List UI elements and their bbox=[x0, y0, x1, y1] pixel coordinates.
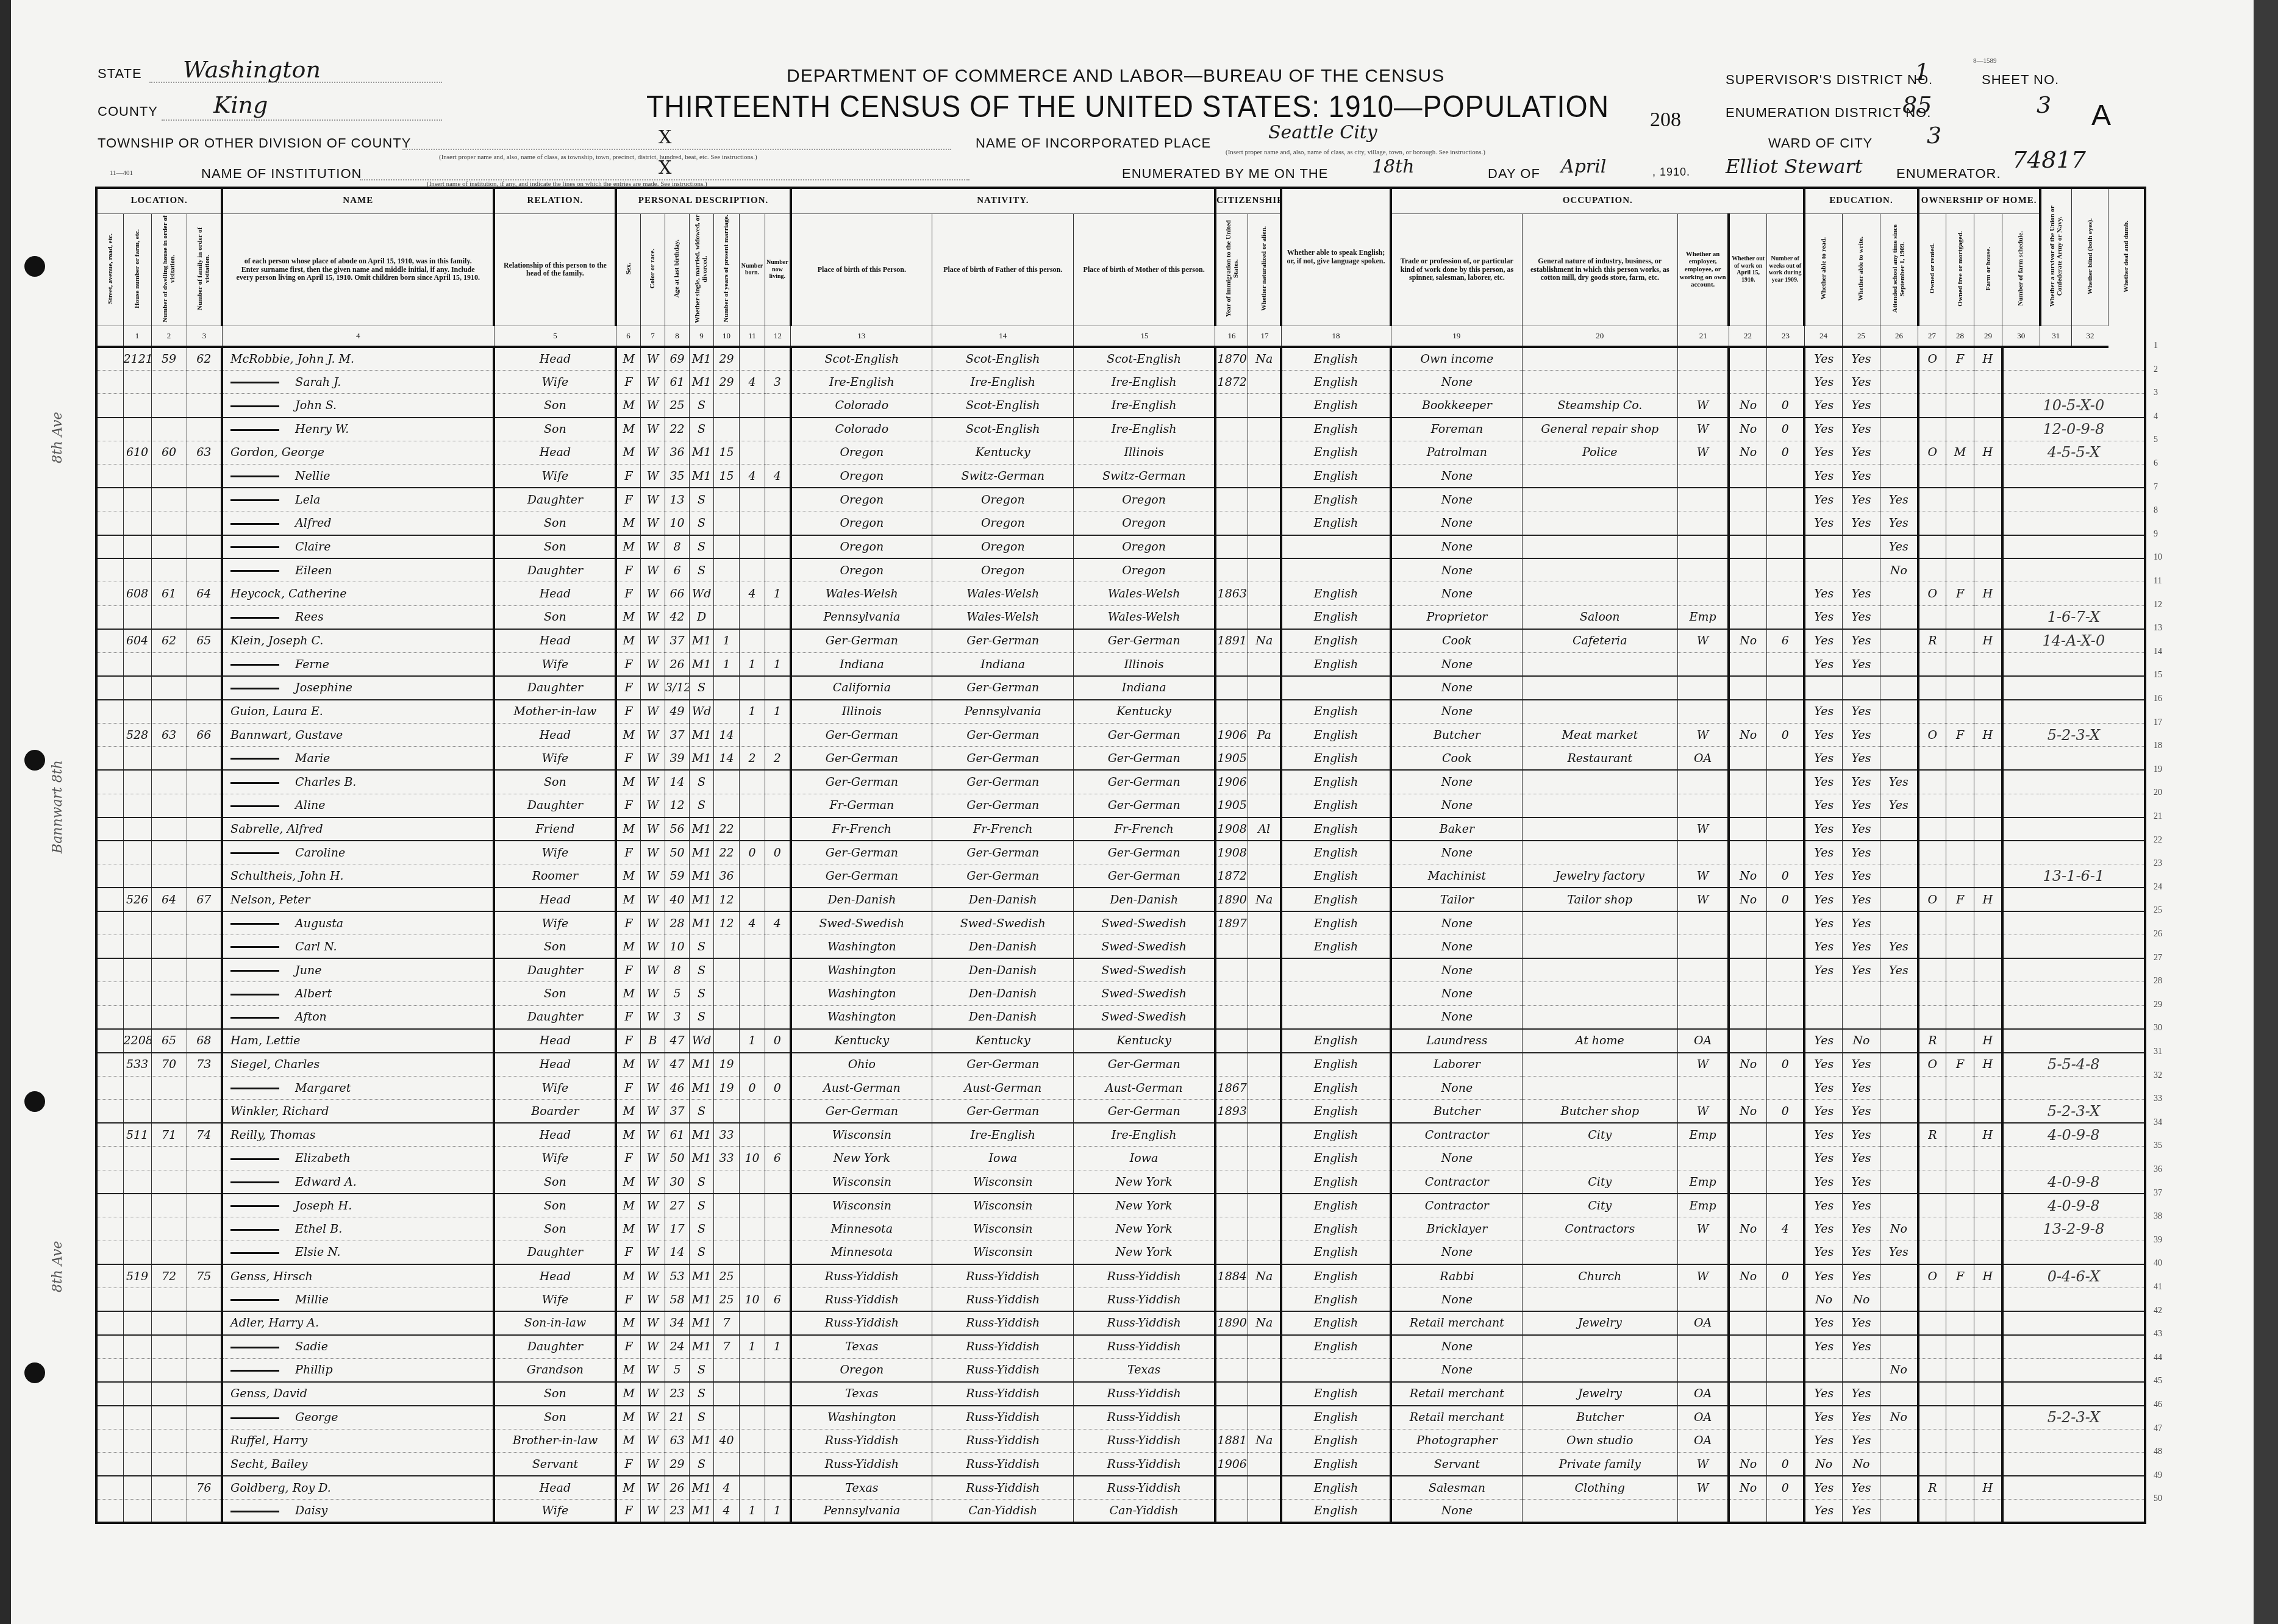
cell-house bbox=[123, 700, 151, 724]
table-row: ReesSonMW42DPennsylvaniaWales-WelshWales… bbox=[96, 605, 2145, 629]
cell-name: Bannwart, Gustave bbox=[222, 723, 494, 747]
cell-living bbox=[765, 723, 791, 747]
cell-immigration bbox=[1215, 1053, 1248, 1077]
cell-years-married bbox=[714, 558, 740, 582]
person-name: Alfred bbox=[295, 516, 331, 530]
cell-language: English bbox=[1281, 864, 1391, 888]
cell-trade: None bbox=[1391, 1500, 1522, 1523]
table-row: Schultheis, John H.RoomerMW59M136Ger-Ger… bbox=[96, 864, 2145, 888]
cell-street bbox=[96, 1217, 123, 1241]
cell-farm-house bbox=[1974, 1453, 2002, 1476]
table-row: LelaDaughterFW13SOregonOregonOregonEngli… bbox=[96, 488, 2145, 511]
header-family-number: Number of family in order of visitation. bbox=[187, 213, 222, 326]
cell-trade: Baker bbox=[1391, 817, 1522, 841]
cell-immigration bbox=[1215, 1358, 1248, 1382]
cell-farm-house bbox=[1974, 418, 2002, 441]
person-name: Secht, Bailey bbox=[230, 1458, 307, 1471]
cell-relation: Wife bbox=[494, 1500, 616, 1523]
cell-industry: Clothing bbox=[1522, 1476, 1677, 1500]
punch-hole bbox=[24, 1362, 45, 1383]
cell-dwelling bbox=[151, 1288, 187, 1312]
cell-house bbox=[123, 394, 151, 418]
cell-bp-person: Ger-German bbox=[791, 629, 932, 653]
cell-born bbox=[740, 1382, 765, 1406]
cell-born: 4 bbox=[740, 465, 765, 488]
cell-trade: None bbox=[1391, 488, 1522, 511]
cell-born: 1 bbox=[740, 653, 765, 677]
cell-trade: Own income bbox=[1391, 347, 1522, 371]
cell-born bbox=[740, 1453, 765, 1476]
cell-years-married bbox=[714, 1241, 740, 1264]
cell-marital: S bbox=[690, 1382, 714, 1406]
cell-mortgaged bbox=[1946, 1476, 1974, 1500]
cell-bp-mother: Oregon bbox=[1074, 535, 1215, 559]
cell-bp-father: Indiana bbox=[932, 653, 1074, 677]
cell-family: 74 bbox=[187, 1123, 222, 1147]
cell-years-married: 12 bbox=[714, 911, 740, 935]
cell-bp-person: Texas bbox=[791, 1335, 932, 1359]
cell-street bbox=[96, 864, 123, 888]
cell-school: Yes bbox=[1880, 488, 1918, 511]
cell-race: W bbox=[640, 465, 665, 488]
cell-living bbox=[765, 864, 791, 888]
table-row: PhillipGrandsonMW5SOregonRuss-YiddishTex… bbox=[96, 1358, 2145, 1382]
cell-bp-father: Russ-Yiddish bbox=[932, 1311, 1074, 1335]
cell-naturalized bbox=[1248, 488, 1281, 511]
cell-immigration: 1891 bbox=[1215, 629, 1248, 653]
cell-employer: Emp bbox=[1677, 1194, 1729, 1217]
cell-dwelling bbox=[151, 605, 187, 629]
cell-age: 37 bbox=[665, 1100, 689, 1124]
ditto-dash bbox=[230, 805, 279, 807]
cell-street bbox=[96, 1311, 123, 1335]
cell-family bbox=[187, 935, 222, 959]
cell-write: Yes bbox=[1843, 700, 1880, 724]
cell-weeks-out bbox=[1766, 1500, 1804, 1523]
cell-read: Yes bbox=[1804, 1217, 1842, 1241]
cell-dwelling bbox=[151, 676, 187, 700]
ditto-dash bbox=[230, 1088, 279, 1089]
cell-school: Yes bbox=[1880, 958, 1918, 982]
ditto-dash bbox=[230, 1229, 279, 1231]
header-farm-house: Farm or house. bbox=[1974, 213, 2002, 326]
cell-naturalized bbox=[1248, 370, 1281, 394]
cell-employer bbox=[1677, 1005, 1729, 1029]
group-ownership: OWNERSHIP OF HOME. bbox=[1918, 188, 2040, 213]
cell-family bbox=[187, 1311, 222, 1335]
day-of-label: DAY OF bbox=[1488, 166, 1540, 182]
cell-bp-person: Oregon bbox=[791, 465, 932, 488]
cell-living bbox=[765, 558, 791, 582]
cell-write: Yes bbox=[1843, 723, 1880, 747]
cell-code: 4-0-9-8 bbox=[2002, 1170, 2145, 1194]
cell-immigration bbox=[1215, 394, 1248, 418]
county-dotted-line bbox=[162, 119, 442, 121]
cell-out-of-work bbox=[1729, 1194, 1766, 1217]
cell-born bbox=[740, 958, 765, 982]
enumeration-district-value: 85 bbox=[1902, 91, 1932, 118]
cell-age: 10 bbox=[665, 511, 689, 535]
cell-mortgaged bbox=[1946, 1217, 1974, 1241]
group-education: EDUCATION. bbox=[1804, 188, 1918, 213]
cell-living bbox=[765, 347, 791, 371]
cell-write: Yes bbox=[1843, 794, 1880, 817]
table-row: ClaireSonMW8SOregonOregonOregonNoneYes bbox=[96, 535, 2145, 559]
cell-owned: O bbox=[1918, 1264, 1946, 1288]
cell-race: W bbox=[640, 1100, 665, 1124]
cell-house bbox=[123, 1147, 151, 1170]
cell-read: Yes bbox=[1804, 1476, 1842, 1500]
cell-race: W bbox=[640, 1005, 665, 1029]
cell-living bbox=[765, 676, 791, 700]
cell-family bbox=[187, 911, 222, 935]
cell-dwelling: 63 bbox=[151, 723, 187, 747]
cell-bp-mother: New York bbox=[1074, 1217, 1215, 1241]
cell-race: W bbox=[640, 1264, 665, 1288]
cell-trade: None bbox=[1391, 770, 1522, 794]
cell-out-of-work bbox=[1729, 1288, 1766, 1312]
cell-bp-mother: Ire-English bbox=[1074, 370, 1215, 394]
cell-name: Reilly, Thomas bbox=[222, 1123, 494, 1147]
header-years-married: Number of years of present marriage. bbox=[714, 213, 740, 326]
cell-dwelling bbox=[151, 864, 187, 888]
cell-out-of-work bbox=[1729, 1311, 1766, 1335]
cell-street bbox=[96, 394, 123, 418]
cell-owned bbox=[1918, 1194, 1946, 1217]
cell-family bbox=[187, 770, 222, 794]
cell-living: 3 bbox=[765, 370, 791, 394]
cell-living bbox=[765, 1311, 791, 1335]
cell-sex: M bbox=[616, 605, 640, 629]
cell-bp-mother: Swed-Swedish bbox=[1074, 958, 1215, 982]
cell-farm-house bbox=[1974, 1147, 2002, 1170]
header-owned: Owned or rented. bbox=[1918, 213, 1946, 326]
cell-race: W bbox=[640, 1288, 665, 1312]
cell-industry: Jewelry bbox=[1522, 1311, 1677, 1335]
cell-house bbox=[123, 1453, 151, 1476]
cell-born bbox=[740, 1358, 765, 1382]
cell-relation: Mother-in-law bbox=[494, 700, 616, 724]
cell-code bbox=[2002, 794, 2145, 817]
cell-write: Yes bbox=[1843, 1311, 1880, 1335]
cell-name: Millie bbox=[222, 1288, 494, 1312]
cell-marital: S bbox=[690, 558, 714, 582]
cell-weeks-out bbox=[1766, 770, 1804, 794]
cell-bp-person: Colorado bbox=[791, 418, 932, 441]
cell-marital: S bbox=[690, 394, 714, 418]
person-name: Sarah J. bbox=[295, 376, 341, 389]
table-row: 5266467Nelson, PeterHeadMW40M112Den-Dani… bbox=[96, 888, 2145, 911]
cell-school bbox=[1880, 1335, 1918, 1359]
cell-school bbox=[1880, 676, 1918, 700]
cell-bp-mother: Den-Danish bbox=[1074, 888, 1215, 911]
cell-street bbox=[96, 841, 123, 864]
cell-house bbox=[123, 794, 151, 817]
cell-age: 27 bbox=[665, 1194, 689, 1217]
cell-living bbox=[765, 1382, 791, 1406]
cell-employer bbox=[1677, 1500, 1729, 1523]
cell-trade: Rabbi bbox=[1391, 1264, 1522, 1288]
cell-owned bbox=[1918, 982, 1946, 1006]
cell-out-of-work bbox=[1729, 1241, 1766, 1264]
cell-family bbox=[187, 982, 222, 1006]
line-number: 23 bbox=[2154, 859, 2162, 869]
cell-code bbox=[2002, 1241, 2145, 1264]
cell-bp-father: Russ-Yiddish bbox=[932, 1335, 1074, 1359]
cell-house: 2121 bbox=[123, 347, 151, 371]
cell-weeks-out bbox=[1766, 1288, 1804, 1312]
cell-sex: F bbox=[616, 747, 640, 771]
cell-street bbox=[96, 1453, 123, 1476]
cell-marital: Wd bbox=[690, 700, 714, 724]
cell-naturalized bbox=[1248, 1217, 1281, 1241]
cell-house bbox=[123, 911, 151, 935]
cell-sex: M bbox=[616, 888, 640, 911]
table-row: JosephineDaughterFW3/12SCaliforniaGer-Ge… bbox=[96, 676, 2145, 700]
cell-sex: F bbox=[616, 582, 640, 606]
cell-code: 13-1-6-1 bbox=[2002, 864, 2145, 888]
cell-sex: M bbox=[616, 1217, 640, 1241]
cell-immigration bbox=[1215, 1500, 1248, 1523]
column-number: 29 bbox=[1974, 326, 2002, 347]
cell-school bbox=[1880, 1476, 1918, 1500]
margin-street-note: Bannwart 8th bbox=[50, 671, 65, 853]
cell-immigration: 1893 bbox=[1215, 1100, 1248, 1124]
cell-name: Caroline bbox=[222, 841, 494, 864]
cell-dwelling bbox=[151, 935, 187, 959]
cell-read: Yes bbox=[1804, 864, 1842, 888]
column-number: 14 bbox=[932, 326, 1074, 347]
cell-years-married bbox=[714, 935, 740, 959]
cell-farm-house bbox=[1974, 394, 2002, 418]
cell-house bbox=[123, 1335, 151, 1359]
cell-race: W bbox=[640, 1194, 665, 1217]
cell-bp-father: Ire-English bbox=[932, 370, 1074, 394]
cell-owned bbox=[1918, 864, 1946, 888]
cell-code: 14-A-X-0 bbox=[2002, 629, 2145, 653]
ditto-dash bbox=[230, 382, 279, 383]
cell-mortgaged bbox=[1946, 1241, 1974, 1264]
cell-street bbox=[96, 794, 123, 817]
cell-farm-house bbox=[1974, 1170, 2002, 1194]
cell-employer bbox=[1677, 370, 1729, 394]
cell-trade: None bbox=[1391, 700, 1522, 724]
cell-mortgaged bbox=[1946, 1076, 1974, 1100]
cell-years-married: 40 bbox=[714, 1429, 740, 1453]
cell-school bbox=[1880, 1311, 1918, 1335]
cell-language: English bbox=[1281, 747, 1391, 771]
cell-age: 12 bbox=[665, 794, 689, 817]
person-name: Eileen bbox=[295, 564, 332, 577]
cell-marital: M1 bbox=[690, 347, 714, 371]
cell-race: W bbox=[640, 441, 665, 465]
cell-weeks-out bbox=[1766, 700, 1804, 724]
cell-farm-house bbox=[1974, 1005, 2002, 1029]
cell-years-married: 1 bbox=[714, 653, 740, 677]
table-row: SadieDaughterFW24M1711TexasRuss-YiddishR… bbox=[96, 1335, 2145, 1359]
cell-relation: Head bbox=[494, 1264, 616, 1288]
cell-house: 519 bbox=[123, 1264, 151, 1288]
cell-industry bbox=[1522, 958, 1677, 982]
column-number: 7 bbox=[640, 326, 665, 347]
cell-dwelling: 71 bbox=[151, 1123, 187, 1147]
cell-relation: Daughter bbox=[494, 1335, 616, 1359]
cell-bp-mother: Can-Yiddish bbox=[1074, 1500, 1215, 1523]
cell-language: English bbox=[1281, 1476, 1391, 1500]
cell-bp-father: Ger-German bbox=[932, 1100, 1074, 1124]
cell-years-married bbox=[714, 535, 740, 559]
cell-house bbox=[123, 982, 151, 1006]
enumerated-label: ENUMERATED BY ME ON THE bbox=[1122, 166, 1328, 182]
cell-owned bbox=[1918, 394, 1946, 418]
cell-sex: M bbox=[616, 1053, 640, 1077]
column-number: 13 bbox=[791, 326, 932, 347]
column-number: 4 bbox=[222, 326, 494, 347]
cell-naturalized bbox=[1248, 958, 1281, 982]
cell-age: 29 bbox=[665, 1453, 689, 1476]
header-naturalized: Whether naturalized or alien. bbox=[1248, 213, 1281, 326]
cell-owned: O bbox=[1918, 888, 1946, 911]
line-number: 49 bbox=[2154, 1471, 2162, 1481]
cell-street bbox=[96, 1406, 123, 1430]
cell-age: 47 bbox=[665, 1029, 689, 1053]
cell-years-married bbox=[714, 676, 740, 700]
cell-marital: S bbox=[690, 1194, 714, 1217]
cell-owned bbox=[1918, 1406, 1946, 1430]
cell-family bbox=[187, 394, 222, 418]
cell-read: Yes bbox=[1804, 841, 1842, 864]
cell-trade: None bbox=[1391, 982, 1522, 1006]
cell-bp-father: Scot-English bbox=[932, 394, 1074, 418]
cell-house bbox=[123, 1005, 151, 1029]
cell-street bbox=[96, 441, 123, 465]
cell-race: W bbox=[640, 700, 665, 724]
cell-race: W bbox=[640, 1476, 665, 1500]
cell-farm-house bbox=[1974, 465, 2002, 488]
cell-dwelling bbox=[151, 841, 187, 864]
person-name: Claire bbox=[295, 540, 330, 554]
table-row: AlineDaughterFW12SFr-GermanGer-GermanGer… bbox=[96, 794, 2145, 817]
cell-family: 68 bbox=[187, 1029, 222, 1053]
cell-industry: City bbox=[1522, 1194, 1677, 1217]
cell-born bbox=[740, 1476, 765, 1500]
table-row: FerneWifeFW26M1111IndianaIndianaIllinois… bbox=[96, 653, 2145, 677]
incorporated-place-label: NAME OF INCORPORATED PLACE bbox=[976, 135, 1211, 151]
cell-age: 39 bbox=[665, 747, 689, 771]
cell-years-married: 19 bbox=[714, 1053, 740, 1077]
cell-marital: Wd bbox=[690, 1029, 714, 1053]
cell-race: W bbox=[640, 841, 665, 864]
cell-race: W bbox=[640, 1217, 665, 1241]
cell-years-married: 22 bbox=[714, 817, 740, 841]
person-name: Daisy bbox=[295, 1504, 327, 1517]
cell-bp-person: Oregon bbox=[791, 511, 932, 535]
cell-family bbox=[187, 605, 222, 629]
header-deaf: Whether deaf and dumb. bbox=[2108, 188, 2145, 326]
cell-employer bbox=[1677, 770, 1729, 794]
cell-living: 1 bbox=[765, 653, 791, 677]
cell-code bbox=[2002, 817, 2145, 841]
line-number: 40 bbox=[2154, 1259, 2162, 1269]
cell-out-of-work bbox=[1729, 465, 1766, 488]
cell-out-of-work bbox=[1729, 605, 1766, 629]
cell-read: Yes bbox=[1804, 1429, 1842, 1453]
cell-sex: M bbox=[616, 1170, 640, 1194]
cell-language: English bbox=[1281, 605, 1391, 629]
cell-code bbox=[2002, 1429, 2145, 1453]
cell-relation: Wife bbox=[494, 841, 616, 864]
cell-language: English bbox=[1281, 1194, 1391, 1217]
cell-trade: Laborer bbox=[1391, 1053, 1522, 1077]
cell-immigration bbox=[1215, 511, 1248, 535]
cell-naturalized bbox=[1248, 841, 1281, 864]
cell-write: Yes bbox=[1843, 1053, 1880, 1077]
line-number: 44 bbox=[2154, 1353, 2162, 1363]
cell-bp-mother: Ire-English bbox=[1074, 418, 1215, 441]
cell-house bbox=[123, 653, 151, 677]
ditto-dash bbox=[230, 852, 279, 854]
cell-dwelling bbox=[151, 817, 187, 841]
cell-school bbox=[1880, 629, 1918, 653]
cell-code bbox=[2002, 770, 2145, 794]
cell-immigration bbox=[1215, 1288, 1248, 1312]
person-name: Klein, Joseph C. bbox=[230, 634, 323, 647]
cell-farm-house bbox=[1974, 841, 2002, 864]
cell-name: Aline bbox=[222, 794, 494, 817]
cell-bp-father: Den-Danish bbox=[932, 935, 1074, 959]
cell-bp-person: New York bbox=[791, 1147, 932, 1170]
cell-relation: Daughter bbox=[494, 1005, 616, 1029]
cell-house bbox=[123, 1170, 151, 1194]
cell-marital: M1 bbox=[690, 1288, 714, 1312]
cell-race: W bbox=[640, 394, 665, 418]
cell-relation: Head bbox=[494, 1053, 616, 1077]
cell-naturalized bbox=[1248, 535, 1281, 559]
cell-bp-person: Scot-English bbox=[791, 347, 932, 371]
cell-age: 63 bbox=[665, 1429, 689, 1453]
cell-living bbox=[765, 1453, 791, 1476]
cell-school bbox=[1880, 1100, 1918, 1124]
cell-naturalized bbox=[1248, 1076, 1281, 1100]
cell-mortgaged: F bbox=[1946, 888, 1974, 911]
cell-read: Yes bbox=[1804, 1500, 1842, 1523]
cell-marital: S bbox=[690, 676, 714, 700]
cell-name: Goldberg, Roy D. bbox=[222, 1476, 494, 1500]
line-number: 14 bbox=[2154, 647, 2162, 657]
cell-bp-mother: Illinois bbox=[1074, 441, 1215, 465]
cell-born bbox=[740, 1429, 765, 1453]
cell-code: 10-5-X-0 bbox=[2002, 394, 2145, 418]
cell-trade: Patrolman bbox=[1391, 441, 1522, 465]
cell-family bbox=[187, 1406, 222, 1430]
cell-age: 3 bbox=[665, 1005, 689, 1029]
cell-owned bbox=[1918, 676, 1946, 700]
cell-trade: Laundress bbox=[1391, 1029, 1522, 1053]
cell-weeks-out bbox=[1766, 841, 1804, 864]
cell-family bbox=[187, 653, 222, 677]
cell-weeks-out bbox=[1766, 653, 1804, 677]
cell-years-married: 4 bbox=[714, 1500, 740, 1523]
cell-industry bbox=[1522, 1005, 1677, 1029]
table-row: MargaretWifeFW46M11900Aust-GermanAust-Ge… bbox=[96, 1076, 2145, 1100]
column-number: 19 bbox=[1391, 326, 1522, 347]
cell-naturalized bbox=[1248, 1241, 1281, 1264]
cell-family bbox=[187, 558, 222, 582]
cell-mortgaged bbox=[1946, 911, 1974, 935]
cell-trade: Bookkeeper bbox=[1391, 394, 1522, 418]
cell-age: 61 bbox=[665, 370, 689, 394]
cell-trade: None bbox=[1391, 370, 1522, 394]
